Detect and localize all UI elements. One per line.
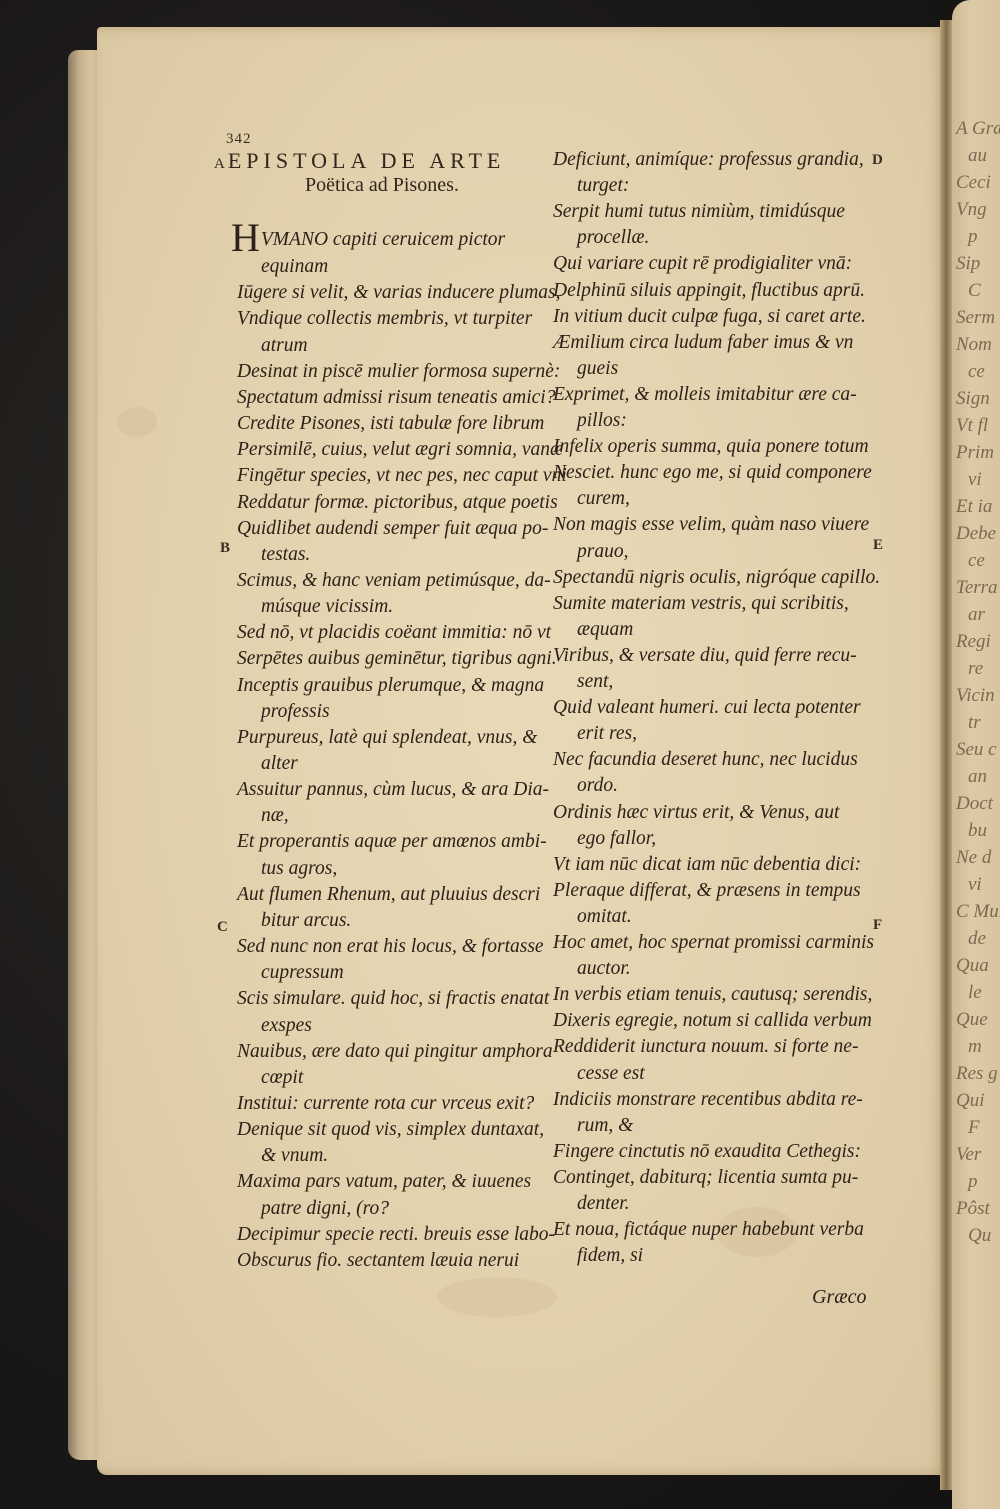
text-line: patre digni, (ro? bbox=[237, 1196, 389, 1222]
text-line: Hoc amet, hoc spernat promissi carminis bbox=[553, 930, 874, 956]
text-line: ordo. bbox=[553, 773, 618, 799]
facing-page-text-fragment: Qui bbox=[956, 1090, 985, 1112]
facing-page-text-fragment: au bbox=[968, 145, 987, 167]
facing-page-text-fragment: vi bbox=[968, 874, 982, 896]
text-line: cupressum bbox=[237, 960, 344, 986]
signature-mark: A bbox=[214, 156, 225, 172]
text-line: HVMANO capiti ceruicem pictor bbox=[231, 218, 505, 258]
facing-page-text-fragment: p bbox=[968, 1171, 978, 1193]
text-line: Dixeris egregie, notum si callida verbum bbox=[553, 1008, 872, 1034]
facing-page-text-fragment: vi bbox=[968, 469, 982, 491]
facing-page-text-fragment: ar bbox=[968, 604, 985, 626]
facing-page-text-fragment: Terra bbox=[956, 577, 998, 599]
facing-page-text-fragment: Ver bbox=[956, 1144, 981, 1166]
text-line: Ordinis hæc virtus erit, & Venus, aut bbox=[553, 800, 839, 826]
text-line: turget: bbox=[553, 173, 629, 199]
text-line: Aut flumen Rhenum, aut pluuius descri bbox=[237, 882, 540, 908]
facing-page-text-fragment: Que bbox=[956, 1009, 988, 1031]
text-line: Spectandū nigris oculis, nigróque capill… bbox=[553, 565, 880, 591]
facing-page-text-fragment: Debe bbox=[956, 523, 996, 545]
text-line: cesse est bbox=[553, 1061, 645, 1087]
facing-page-text-fragment: Et ia bbox=[956, 496, 992, 518]
text-line: curem, bbox=[553, 486, 630, 512]
text-line: denter. bbox=[553, 1191, 630, 1217]
text-line: Non magis esse velim, quàm naso viuere bbox=[553, 512, 869, 538]
text-line: Decipimur specie recti. breuis esse labo… bbox=[237, 1222, 555, 1248]
text-line: Quidlibet audendi semper fuit æqua po- bbox=[237, 516, 548, 542]
text-line: In vitium ducit culpæ fuga, si caret art… bbox=[553, 304, 866, 330]
text-line: Obscurus fio. sectantem læuia nerui bbox=[237, 1248, 519, 1274]
facing-page-text-fragment: Seu c bbox=[956, 739, 997, 761]
text-line: Æmilium circa ludum faber imus & vn bbox=[553, 330, 853, 356]
text-line: sent, bbox=[553, 669, 613, 695]
text-line: cœpit bbox=[237, 1065, 303, 1091]
facing-page-text-fragment: tr bbox=[968, 712, 981, 734]
text-line: alter bbox=[237, 751, 298, 777]
text-line: Et noua, fictáque nuper habebunt verba bbox=[553, 1217, 864, 1243]
facing-page-text-fragment: Qua bbox=[956, 955, 989, 977]
facing-page-text-fragment: Vicin bbox=[956, 685, 995, 707]
text-line: Continget, dabiturq; licentia sumta pu- bbox=[553, 1165, 858, 1191]
text-line: Pleraque differat, & præsens in tempus bbox=[553, 878, 861, 904]
text-line: rum, & bbox=[553, 1113, 633, 1139]
margin-marker-b: B bbox=[220, 540, 230, 557]
text-line: ego fallor, bbox=[553, 826, 656, 852]
text-line: bitur arcus. bbox=[237, 908, 351, 934]
text-line: Inceptis grauibus plerumque, & magna bbox=[237, 673, 544, 699]
facing-page-text-fragment: Vng bbox=[956, 199, 987, 221]
facing-page-text-fragment: Ne d bbox=[956, 847, 991, 869]
text-line: Nesciet. hunc ego me, si quid componere bbox=[553, 460, 872, 486]
text-line: Indiciis monstrare recentibus abdita re- bbox=[553, 1087, 863, 1113]
facing-page-text-fragment: re bbox=[968, 658, 983, 680]
margin-marker-f: F bbox=[873, 917, 882, 934]
page-subtitle: Poëtica ad Pisones. bbox=[305, 174, 459, 197]
page-number: 342 bbox=[226, 131, 252, 148]
facing-page-text-fragment: an bbox=[968, 766, 987, 788]
facing-page-text-fragment: p bbox=[968, 226, 978, 248]
text-line: Et properantis aquæ per amœnos ambi- bbox=[237, 829, 547, 855]
text-line: Denique sit quod vis, simplex duntaxat, bbox=[237, 1117, 544, 1143]
title-text: EPISTOLA DE ARTE bbox=[228, 148, 506, 173]
text-line: Nauibus, ære dato qui pingitur amphora bbox=[237, 1039, 553, 1065]
text-line: Serpētes auibus geminētur, tigribus agni… bbox=[237, 646, 557, 672]
text-line: Deficiunt, animíque: professus grandia, bbox=[553, 147, 864, 173]
text-line: omitat. bbox=[553, 904, 632, 930]
text-line: Purpureus, latè qui splendeat, vnus, & bbox=[237, 725, 537, 751]
facing-page-text-fragment: Pôst bbox=[956, 1198, 990, 1220]
text-line: Credite Pisones, isti tabulæ fore librum bbox=[237, 411, 544, 437]
text-line: næ, bbox=[237, 803, 289, 829]
facing-page-text-fragment: ce bbox=[968, 361, 985, 383]
facing-page-text-fragment: ce bbox=[968, 550, 985, 572]
text-line: In verbis etiam tenuis, cautusq; serendi… bbox=[553, 982, 872, 1008]
text-line: Vndique collectis membris, vt turpiter bbox=[237, 306, 532, 332]
facing-page-text-fragment: A Græc bbox=[956, 118, 1000, 140]
text-line: Vt iam nūc dicat iam nūc debentia dici: bbox=[553, 852, 861, 878]
text-line: atrum bbox=[237, 333, 308, 359]
text-line: Sed nunc non erat his locus, & fortasse bbox=[237, 934, 544, 960]
text-line: Fingētur species, vt nec pes, nec caput … bbox=[237, 463, 567, 489]
margin-marker-c: C bbox=[217, 919, 228, 936]
margin-marker-e: E bbox=[873, 537, 883, 554]
text-line: fidem, si bbox=[553, 1243, 643, 1269]
text-line: procellæ. bbox=[553, 225, 649, 251]
text-line: pillos: bbox=[553, 408, 627, 434]
text-line: Spectatum admissi risum teneatis amici? bbox=[237, 385, 555, 411]
facing-page-text-fragment: Sign bbox=[956, 388, 990, 410]
text-line: Scis simulare. quid hoc, si fractis enat… bbox=[237, 986, 549, 1012]
text-line: auctor. bbox=[553, 956, 631, 982]
text-line: Iūgere si velit, & varias inducere pluma… bbox=[237, 280, 561, 306]
text-line: Reddiderit iunctura nouum. si forte ne- bbox=[553, 1034, 858, 1060]
facing-page: A GræcauCeciVngpSipCSermNomceSignVt flPr… bbox=[952, 0, 1000, 1509]
text-line-content: VMANO capiti ceruicem pictor bbox=[261, 229, 505, 250]
text-line: Desinat in piscē mulier formosa supernè: bbox=[237, 359, 560, 385]
facing-page-text-fragment: m bbox=[968, 1036, 982, 1058]
text-line: Maxima pars vatum, pater, & iuuenes bbox=[237, 1169, 531, 1195]
text-line: Persimilē, cuius, velut ægri somnia, van… bbox=[237, 437, 563, 463]
facing-page-text-fragment: C bbox=[968, 280, 981, 302]
text-line: Scimus, & hanc veniam petimúsque, da- bbox=[237, 568, 551, 594]
facing-page-text-fragment: Sip bbox=[956, 253, 980, 275]
text-line: Viribus, & versate diu, quid ferre recu- bbox=[553, 643, 857, 669]
text-line: equinam bbox=[237, 254, 328, 280]
facing-page-text-fragment: Nom bbox=[956, 334, 992, 356]
text-line: professis bbox=[237, 699, 330, 725]
text-line: testas. bbox=[237, 542, 310, 568]
margin-marker-d: D bbox=[872, 152, 883, 169]
text-line: & vnum. bbox=[237, 1143, 328, 1169]
page-title: AEPISTOLA DE ARTE bbox=[214, 148, 505, 174]
text-line: Qui variare cupit rē prodigialiter vnā: bbox=[553, 251, 852, 277]
text-line: Sumite materiam vestris, qui scribitis, bbox=[553, 591, 849, 617]
facing-page-text-fragment: Serm bbox=[956, 307, 995, 329]
book-binding-edge bbox=[68, 50, 100, 1460]
text-line: æquam bbox=[553, 617, 633, 643]
text-line: músque vicissim. bbox=[237, 594, 393, 620]
text-line: Fingere cinctutis nō exaudita Cethegis: bbox=[553, 1139, 861, 1165]
facing-page-text-fragment: C Mul bbox=[956, 901, 1000, 923]
facing-page-text-fragment: F bbox=[968, 1117, 980, 1139]
facing-page-text-fragment: Regi bbox=[956, 631, 991, 653]
facing-page-text-fragment: Res g bbox=[956, 1063, 998, 1085]
text-line: gueis bbox=[553, 356, 618, 382]
facing-page-text-fragment: Prim bbox=[956, 442, 994, 464]
text-line: Infelix operis summa, quia ponere totum bbox=[553, 434, 869, 460]
facing-page-text-fragment: Doct bbox=[956, 793, 993, 815]
text-line: Nec facundia deseret hunc, nec lucidus bbox=[553, 747, 858, 773]
facing-page-text-fragment: Qu bbox=[968, 1225, 991, 1247]
text-line: erit res, bbox=[553, 721, 637, 747]
catchword: Græco bbox=[812, 1286, 866, 1309]
text-line: Reddatur formæ. pictoribus, atque poetis bbox=[237, 490, 558, 516]
text-line: Exprimet, & molleis imitabitur ære ca- bbox=[553, 382, 857, 408]
facing-page-text-fragment: de bbox=[968, 928, 986, 950]
text-line: Quid valeant humeri. cui lecta potenter bbox=[553, 695, 861, 721]
text-line: tus agros, bbox=[237, 856, 337, 882]
facing-page-text-fragment: bu bbox=[968, 820, 987, 842]
text-line: Sed nō, vt placidis coëant immitia: nō v… bbox=[237, 620, 551, 646]
facing-page-text-fragment: Ceci bbox=[956, 172, 991, 194]
text-line: prauo, bbox=[553, 539, 628, 565]
text-line: exspes bbox=[237, 1013, 312, 1039]
text-line: Institui: currente rota cur vrceus exit? bbox=[237, 1091, 534, 1117]
text-line: Delphinū siluis appingit, fluctibus aprū… bbox=[553, 278, 865, 304]
facing-page-text-fragment: Vt fl bbox=[956, 415, 988, 437]
text-line: Serpit humi tutus nimiùm, timidúsque bbox=[553, 199, 845, 225]
text-line: Assuitur pannus, cùm lucus, & ara Dia- bbox=[237, 777, 549, 803]
facing-page-text-fragment: le bbox=[968, 982, 982, 1004]
